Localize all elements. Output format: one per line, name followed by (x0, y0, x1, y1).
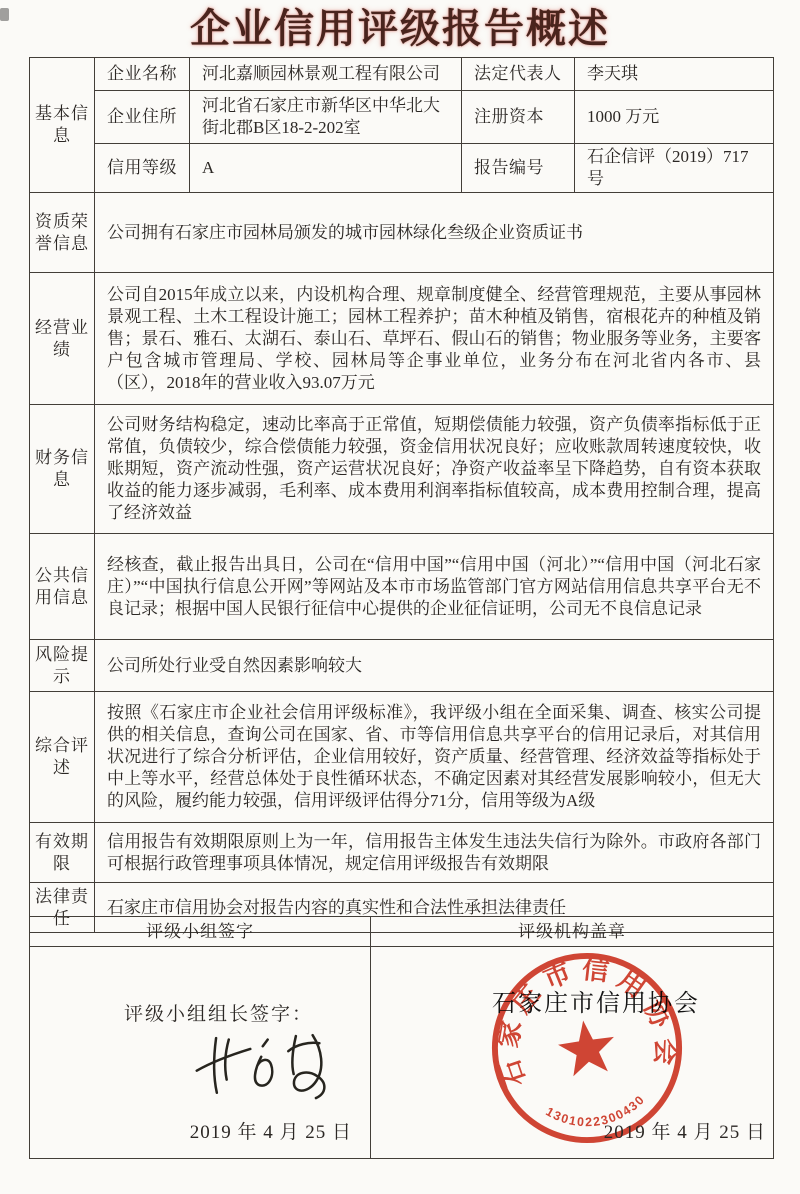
seal-date-right: 2019 年 4 月 25 日 (604, 1122, 766, 1144)
scanned-report-page: 企业信用评级报告概述 基本信息 企业名称 河北嘉顺园林景观工程有限公司 法定代表… (0, 0, 800, 1194)
table-row: 评级小组组长签字： 2019 年 4 月 25 日 (30, 947, 774, 1159)
table-row: 信用等级 A 报告编号 石企信评（2019）717 号 (30, 144, 774, 193)
svg-text:庄: 庄 (503, 976, 548, 1022)
svg-text:会: 会 (646, 1033, 685, 1070)
value-company-address: 河北省石家庄市新华区中华北大街北郡B区18-2-202室 (190, 91, 462, 144)
content-qualification-honor: 公司拥有石家庄市园林局颁发的城市园林绿化叁级企业资质证书 (95, 193, 774, 273)
label-company-name: 企业名称 (95, 58, 190, 91)
value-legal-representative: 李天琪 (575, 58, 774, 91)
seal-star-icon (555, 1017, 618, 1078)
category-risk-warning: 风险提示 (30, 640, 95, 692)
content-public-credit-info: 经核查，截止报告出具日，公司在“信用中国”“信用中国（河北）”“信用中国（河北石… (95, 534, 774, 640)
table-row: 综合评述 按照《石家庄市企业社会信用评级标准》，我评级小组在全面采集、调查、核实… (30, 692, 774, 823)
content-business-performance: 公司自2015年成立以来，内设机构合理、规章制度健全、经营管理规范，主要从事园林… (95, 273, 774, 405)
value-company-name: 河北嘉顺园林景观工程有限公司 (190, 58, 462, 91)
category-comprehensive-review: 综合评述 (30, 692, 95, 823)
table-row: 公共信用信息 经核查，截止报告出具日，公司在“信用中国”“信用中国（河北）”“信… (30, 534, 774, 640)
content-comprehensive-review: 按照《石家庄市企业社会信用评级标准》，我评级小组在全面采集、调查、核实公司提供的… (95, 692, 774, 823)
svg-text:市: 市 (538, 955, 576, 995)
value-report-number: 石企信评（2019）717 号 (575, 144, 774, 193)
table-row: 风险提示 公司所处行业受自然因素影响较大 (30, 640, 774, 692)
svg-text:石: 石 (493, 1055, 532, 1092)
label-legal-representative: 法定代表人 (462, 58, 575, 91)
table-row: 基本信息 企业名称 河北嘉顺园林景观工程有限公司 法定代表人 李天琪 (30, 58, 774, 91)
team-leader-signature-label: 评级小组组长签字： (124, 1004, 313, 1026)
category-business-performance: 经营业绩 (30, 273, 95, 405)
label-report-number: 报告编号 (462, 144, 575, 193)
content-financial-info: 公司财务结构稳定，速动比率高于正常值，短期偿债能力较强，资产负债率指标低于正常值… (95, 405, 774, 534)
seal-org-arc-text: 石 家 庄 市 信 用 协 会 (481, 941, 685, 1091)
content-validity-period: 信用报告有效期限原则上为一年，信用报告主体发生违法失信行为除外。市政府各部门可根… (95, 823, 774, 883)
category-public-credit-info: 公共信用信息 (30, 534, 95, 640)
report-table: 基本信息 企业名称 河北嘉顺园林景观工程有限公司 法定代表人 李天琪 企业住所 … (29, 57, 774, 933)
table-row: 资质荣誉信息 公司拥有石家庄市园林局颁发的城市园林绿化叁级企业资质证书 (30, 193, 774, 273)
category-basic-info: 基本信息 (30, 58, 95, 193)
table-row: 有效期限 信用报告有效期限原则上为一年，信用报告主体发生违法失信行为除外。市政府… (30, 823, 774, 883)
handwritten-signature (186, 1021, 348, 1113)
value-credit-grade: A (190, 144, 462, 193)
header-rating-team-signature: 评级小组签字 (30, 917, 371, 947)
content-risk-warning: 公司所处行业受自然因素影响较大 (95, 640, 774, 692)
svg-text:用: 用 (609, 961, 654, 1006)
label-registered-capital: 注册资本 (462, 91, 575, 144)
svg-text:协: 协 (637, 994, 679, 1035)
signature-cell: 评级小组组长签字： 2019 年 4 月 25 日 (30, 947, 371, 1159)
table-row: 财务信息 公司财务结构稳定，速动比率高于正常值，短期偿债能力较强，资产负债率指标… (30, 405, 774, 534)
label-credit-grade: 信用等级 (95, 144, 190, 193)
signature-date-left: 2019 年 4 月 25 日 (190, 1122, 352, 1144)
value-registered-capital: 1000 万元 (575, 91, 774, 144)
seal-cell: 石家庄市信用协会 石 家 庄 市 信 用 协 (371, 947, 774, 1159)
table-row: 经营业绩 公司自2015年成立以来，内设机构合理、规章制度健全、经营管理规范，主… (30, 273, 774, 405)
header-rating-agency-seal: 评级机构盖章 (371, 917, 774, 947)
table-row: 企业住所 河北省石家庄市新华区中华北大街北郡B区18-2-202室 注册资本 1… (30, 91, 774, 144)
page-title: 企业信用评级报告概述 (0, 4, 800, 54)
category-qualification-honor: 资质荣誉信息 (30, 193, 95, 273)
signature-table: 评级小组签字 评级机构盖章 评级小组组长签字： (29, 916, 774, 1159)
category-validity-period: 有效期限 (30, 823, 95, 883)
category-financial-info: 财务信息 (30, 405, 95, 534)
label-company-address: 企业住所 (95, 91, 190, 144)
